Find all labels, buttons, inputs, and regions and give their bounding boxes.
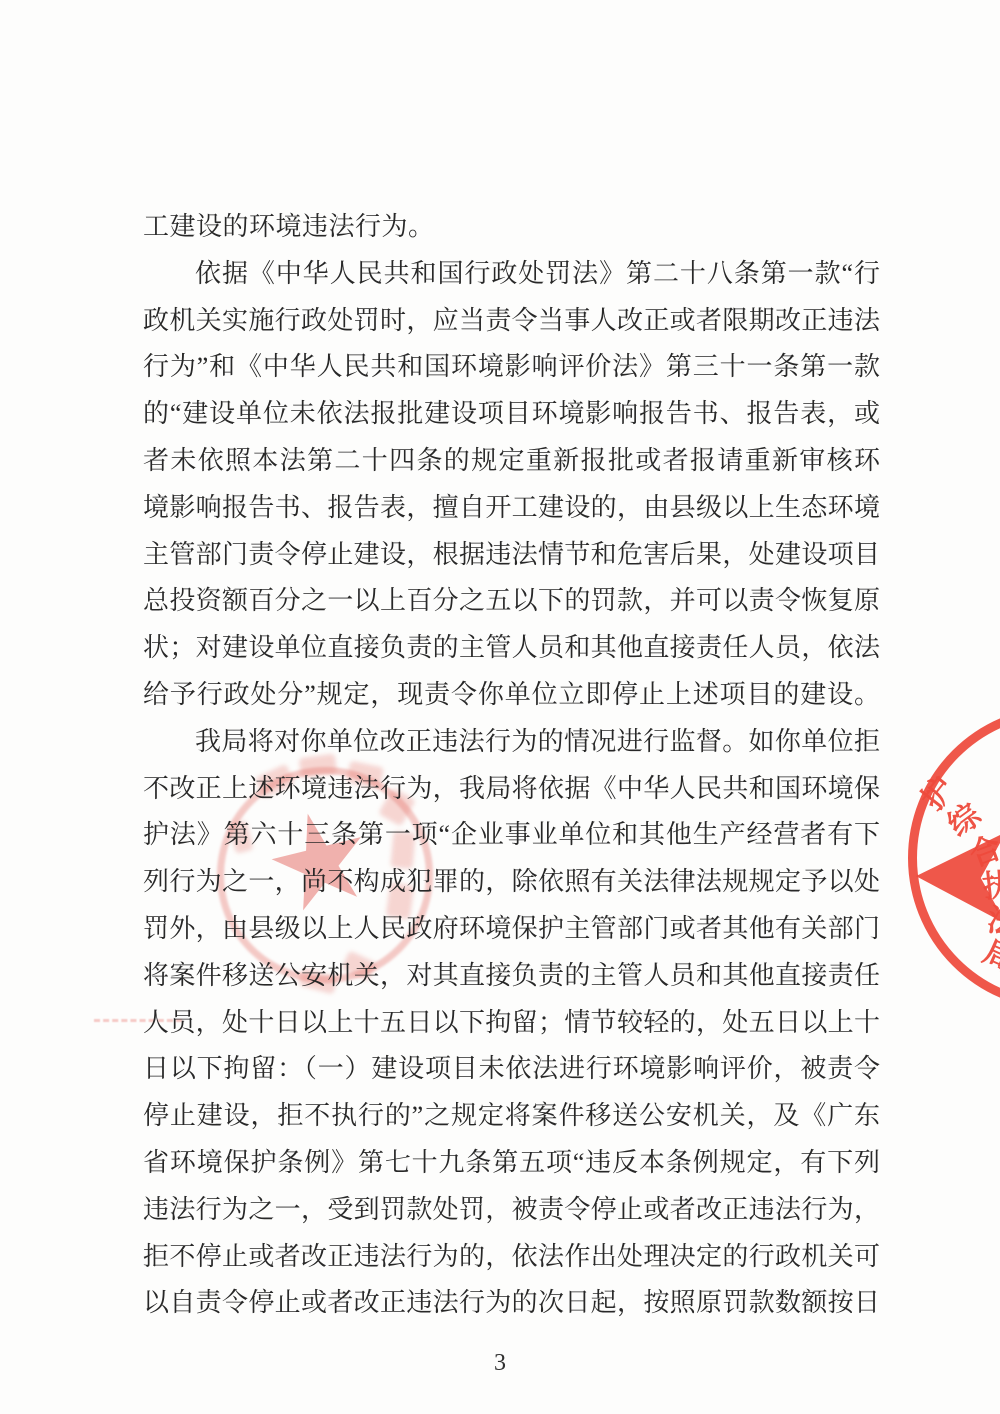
seal-arc-character: 局 [977, 927, 1000, 981]
text-line: 省环境保护条例》第七十九条第五项“违反本条例规定，有下列 [143, 1140, 880, 1187]
seal-arc-character: 法 [985, 894, 1000, 943]
text-line: 行为”和《中华人民共和国环境影响评价法》第三十一条第一款 [143, 344, 880, 391]
seal-arc-character: 护 [908, 765, 963, 817]
text-line: 境影响报告书、报告表，擅自开工建设的，由县级以上生态环境 [143, 485, 880, 532]
text-line: 停止建设，拒不执行的”之规定将案件移送公安机关，及《广东 [143, 1093, 880, 1140]
text-block: 工建设的环境违法行为。依据《中华人民共和国行政处罚法》第二十八条第一款“行政机关… [143, 204, 880, 1327]
seal-star-icon [916, 832, 1000, 924]
text-line: 以自责令停止或者改正违法行为的次日起，按照原罚款数额按日 [143, 1280, 880, 1327]
text-line: 日以下拘留：（一）建设项目未依法进行环境影响评价，被责令 [143, 1046, 880, 1093]
text-line: 的“建设单位未依法报批建设项目环境影响报告书、报告表，或 [143, 391, 880, 438]
seal-arc-character: 综 [937, 790, 989, 845]
text-line: 人员，处十日以上十五日以下拘留；情节较轻的，处五日以上十 [143, 1000, 880, 1047]
seal-arc-character: 执 [980, 859, 1000, 907]
text-line: 依据《中华人民共和国行政处罚法》第二十八条第一款“行 [143, 251, 880, 298]
document-page: 工建设的环境违法行为。依据《中华人民共和国行政处罚法》第二十八条第一款“行政机关… [0, 0, 1000, 1414]
text-line: 罚外，由县级以上人民政府环境保护主管部门或者其他有关部门 [143, 906, 880, 953]
text-line: 状；对建设单位直接负责的主管人员和其他直接责任人员，依法 [143, 625, 880, 672]
text-line: 违法行为之一，受到罚款处罚，被责令停止或者改正违法行为， [143, 1187, 880, 1234]
text-line: 者未依照本法第二十四条的规定重新报批或者报请重新审核环 [143, 438, 880, 485]
text-line: 给予行政处分”规定，现责令你单位立即停止上述项目的建设。 [143, 672, 880, 719]
seal-arc-character: 合 [962, 822, 1000, 875]
text-line: 将案件移送公安机关，对其直接负责的主管人员和其他直接责任 [143, 953, 880, 1000]
text-line: 政机关实施行政处罚时，应当责令当事人改正或者限期改正违法 [143, 298, 880, 345]
seal-ring-icon [908, 706, 1000, 1010]
text-line: 拒不停止或者改正违法行为的，依法作出处理决定的行政机关可 [143, 1234, 880, 1281]
text-line: 列行为之一，尚不构成犯罪的，除依照有关法律法规规定予以处 [143, 859, 880, 906]
page-number: 3 [0, 1350, 1000, 1377]
text-line: 总投资额百分之一以上百分之五以下的罚款，并可以责令恢复原 [143, 578, 880, 625]
text-line: 护法》第六十三条第一项“企业事业单位和其他生产经营者有下 [143, 812, 880, 859]
text-line: 工建设的环境违法行为。 [143, 204, 880, 251]
text-line: 不改正上述环境违法行为，我局将依据《中华人民共和国环境保 [143, 766, 880, 813]
text-line: 主管部门责令停止建设，根据违法情节和危害后果，处建设项目 [143, 532, 880, 579]
text-line: 我局将对你单位改正违法行为的情况进行监督。如你单位拒 [143, 719, 880, 766]
